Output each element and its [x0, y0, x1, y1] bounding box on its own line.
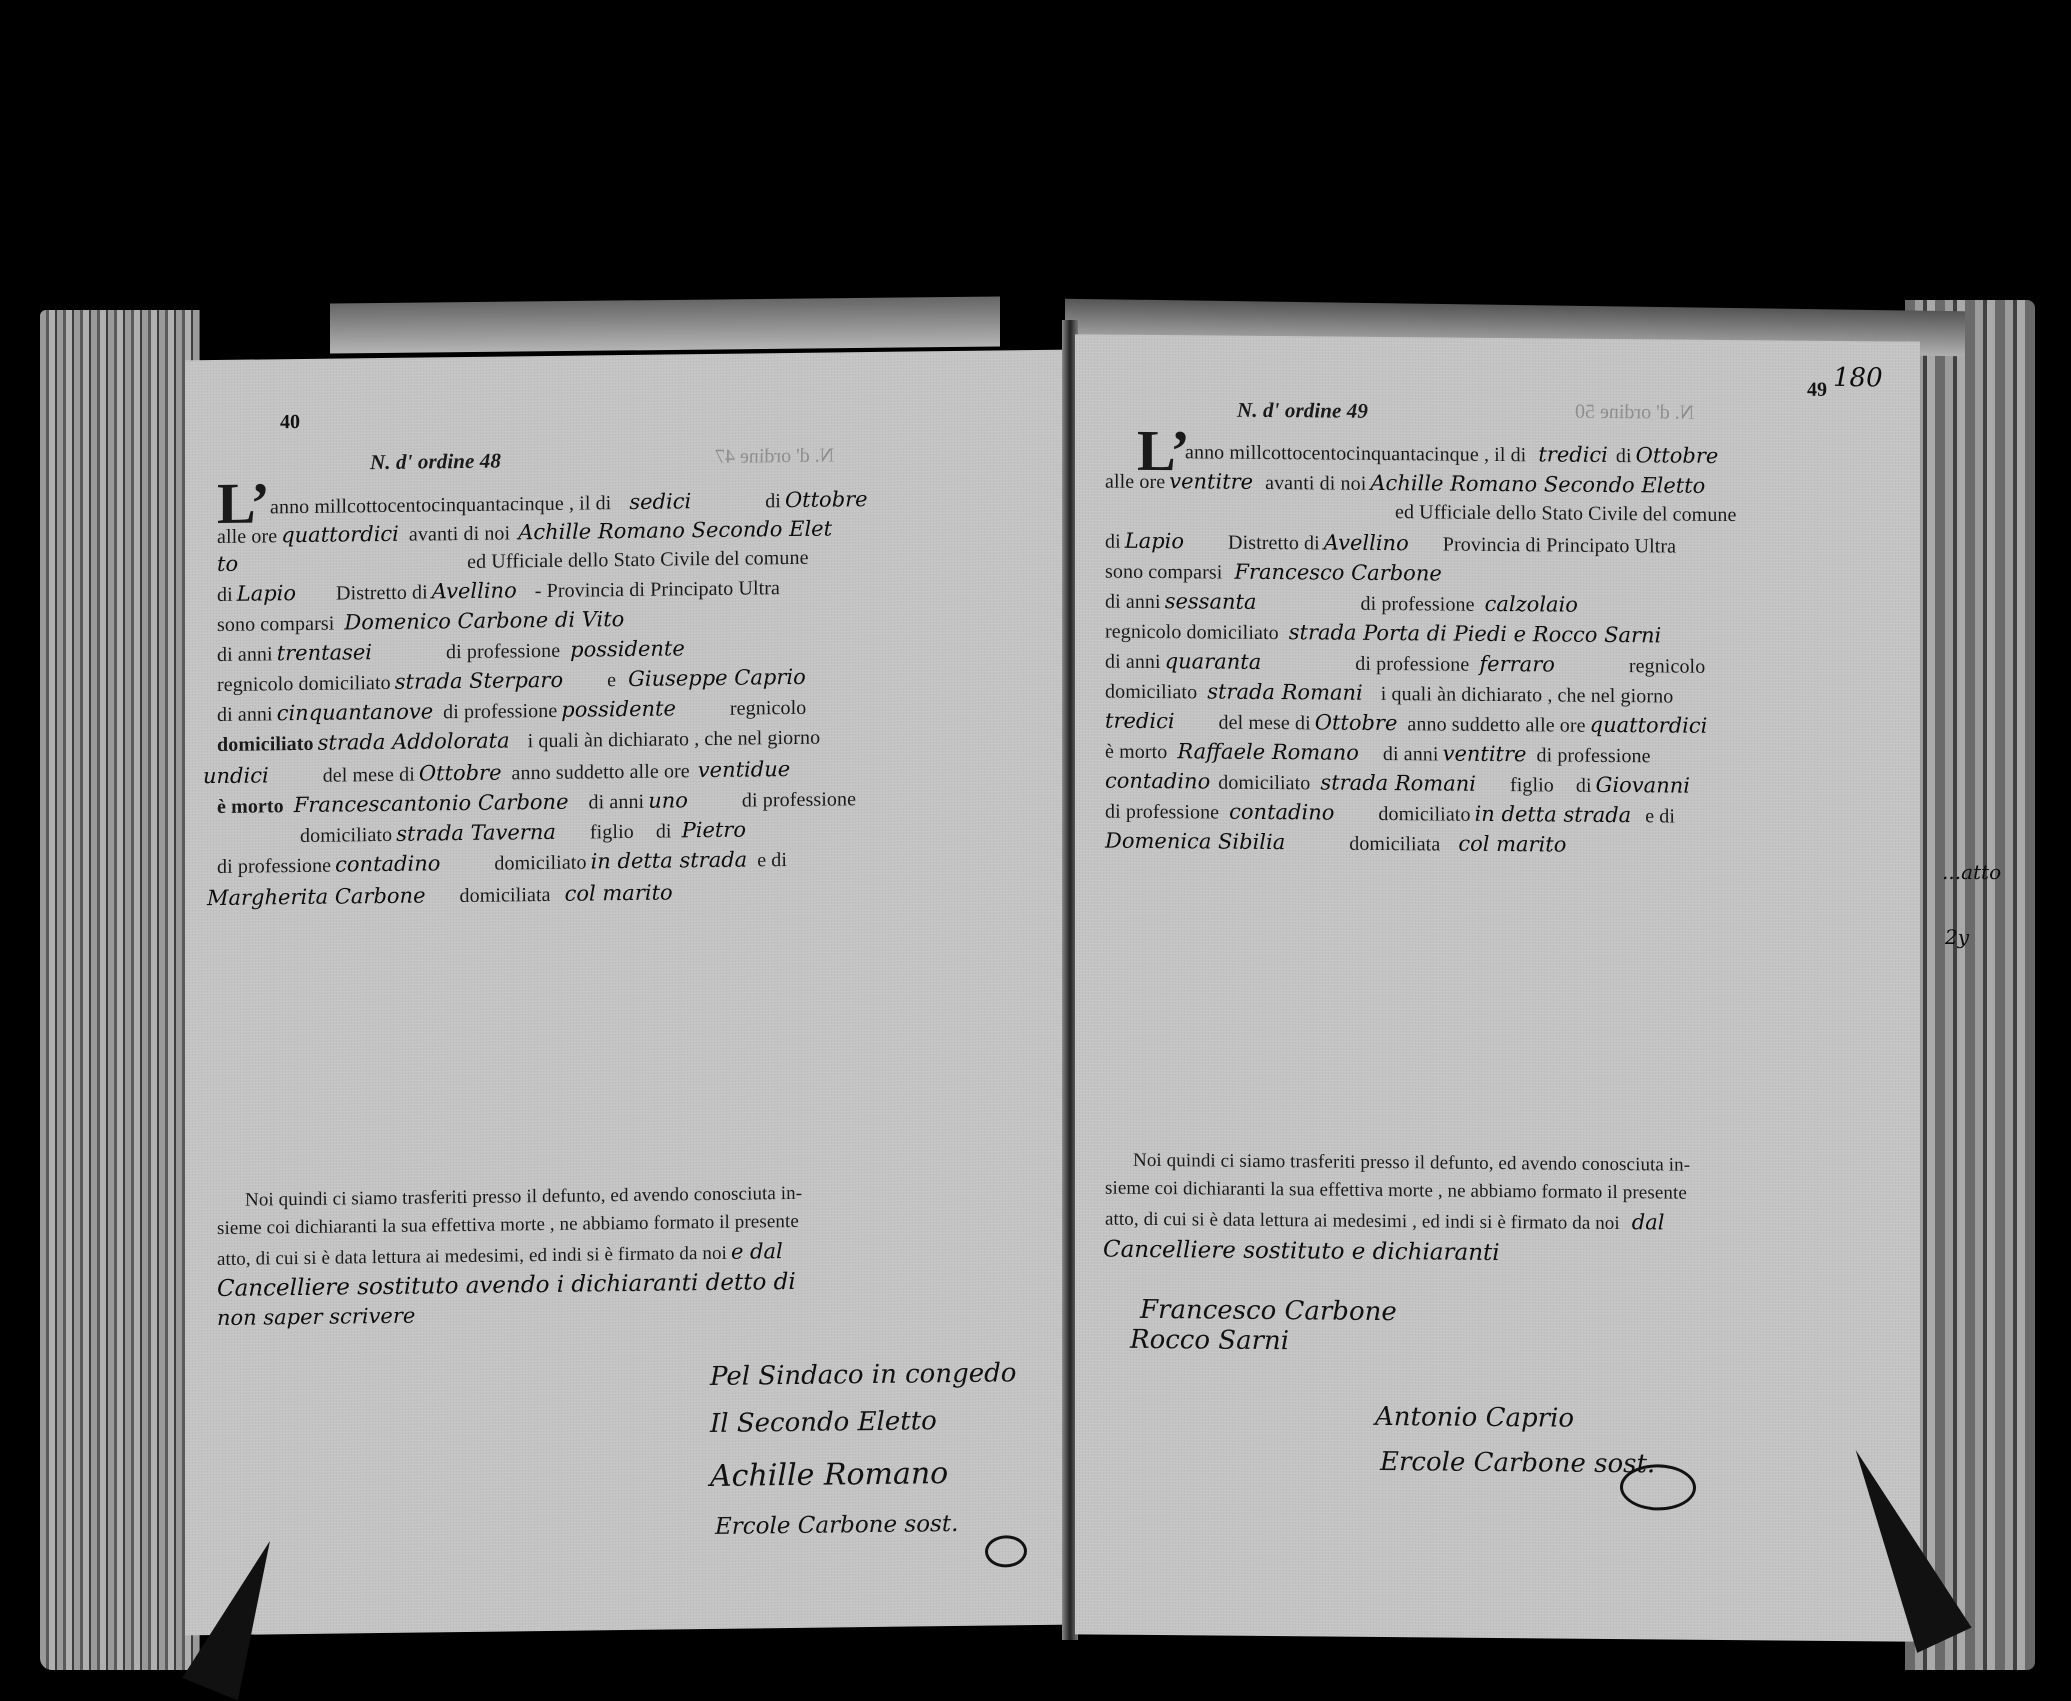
record-line: contadino domiciliato strada Romani figl… [1105, 769, 1690, 799]
record-line: di Lapio Distretto di Avellino - Provinc… [217, 575, 780, 607]
left-page: 40 N. d' ordine 48 N. d' ordine 47 L’ an… [185, 350, 1070, 1636]
record-line: alle ore ventitre avanti di noi Achille … [1105, 469, 1705, 499]
signature-achille-romano: Achille Romano [710, 1456, 948, 1494]
signature-antonio-caprio: Antonio Caprio [1375, 1402, 1574, 1434]
left-top-edge [330, 296, 1000, 353]
margin-note: 2y [1945, 925, 1969, 949]
record-line: domiciliato strada Addolorata i quali àn… [217, 725, 820, 757]
signature-francesco-carbone: Francesco Carbone [1140, 1295, 1397, 1327]
closing-hand-line: non saper scrivere [217, 1304, 415, 1330]
closing-line: atto, di cui si è data lettura ai medesi… [217, 1239, 783, 1271]
bleedthrough-header: N. d' ordine 50 [1575, 401, 1694, 425]
record-line: di anni quaranta di professione ferraro … [1105, 649, 1705, 679]
record-header-48: N. d' ordine 48 [370, 449, 501, 476]
record-line: Domenica Sibilia domiciliata col marito [1105, 829, 1566, 858]
signature-flourish [1620, 1464, 1696, 1511]
closing-line: Noi quindi ci siamo trasferiti presso il… [1133, 1150, 1690, 1177]
closing-line: sieme coi dichiaranti la sua effettiva m… [217, 1211, 799, 1240]
signature-ercole-carbone: Ercole Carbone sost. [715, 1511, 958, 1540]
record-line: di professione contadino domiciliato in … [217, 847, 787, 879]
record-line: domiciliato strada Taverna figlio di Pie… [300, 818, 746, 848]
signature-eletto: Il Secondo Eletto [710, 1406, 937, 1439]
record-line: è morto Francescantonio Carbone di anni … [217, 786, 856, 819]
record-header-49: N. d' ordine 49 [1237, 398, 1368, 424]
left-page-number: 40 [280, 411, 300, 434]
record-line: anno millcottocentocinquantacinque , il … [270, 487, 868, 519]
folio-mark: 180 [1833, 363, 1883, 393]
bleedthrough-header: N. d' ordine 47 [715, 444, 834, 468]
record-line: di anni cinquantanove di professione pos… [217, 695, 806, 727]
margin-note: ...atto [1942, 860, 2001, 884]
record-line: regnicolo domiciliato strada Sterparo e … [217, 665, 806, 697]
closing-hand-line: Cancelliere sostituto avendo i dichiaran… [217, 1269, 796, 1302]
closing-line: sieme coi dichiaranti la sua effettiva m… [1105, 1178, 1687, 1205]
closing-hand-line: Cancelliere sostituto e dichiaranti [1103, 1237, 1500, 1266]
right-page: 49 180 N. d' ordine 49 N. d' ordine 50 L… [1075, 334, 1920, 1641]
record-line: è morto Raffaele Romano di anni ventitre… [1105, 739, 1651, 769]
record-line: ed Ufficiale dello Stato Civile del comu… [1395, 501, 1737, 527]
right-page-number: 49 [1807, 379, 1827, 402]
signature-flourish [985, 1535, 1027, 1568]
right-page-edges [1905, 300, 2035, 1670]
record-line: anno millcottocentocinquantacinque , il … [1185, 439, 1718, 469]
record-line: Margherita Carbone domiciliata col marit… [207, 880, 673, 911]
record-line: sono comparsi Domenico Carbone di Vito [217, 607, 624, 637]
record-line: to ed Ufficiale dello Stato Civile del c… [217, 545, 809, 577]
record-line: di anni trentasei di professione posside… [217, 636, 685, 667]
record-line: alle ore quattordici avanti di noi Achil… [217, 517, 832, 550]
closing-line: Noi quindi ci siamo trasferiti presso il… [245, 1183, 802, 1212]
signature-sindaco: Pel Sindaco in congedo [710, 1358, 1016, 1392]
signature-ercole-carbone: Ercole Carbone sost. [1380, 1447, 1655, 1479]
record-line: di professione contadino domiciliato in … [1105, 799, 1675, 829]
record-line: tredici del mese di Ottobre anno suddett… [1105, 709, 1707, 739]
signature-rocco-sarni: Rocco Sarni [1130, 1325, 1289, 1356]
left-page-edges [40, 310, 200, 1670]
closing-line: atto, di cui si è data lettura ai medesi… [1105, 1206, 1664, 1236]
record-line: domiciliato strada Romani i quali àn dic… [1105, 679, 1673, 709]
record-line: di Lapio Distretto di Avellino Provincia… [1105, 529, 1676, 559]
record-line: di anni sessanta di professione calzolai… [1105, 589, 1578, 618]
record-line: sono comparsi Francesco Carbone [1105, 559, 1442, 587]
record-line: regnicolo domiciliato strada Porta di Pi… [1105, 619, 1661, 649]
record-line: undici del mese di Ottobre anno suddetto… [203, 757, 790, 789]
